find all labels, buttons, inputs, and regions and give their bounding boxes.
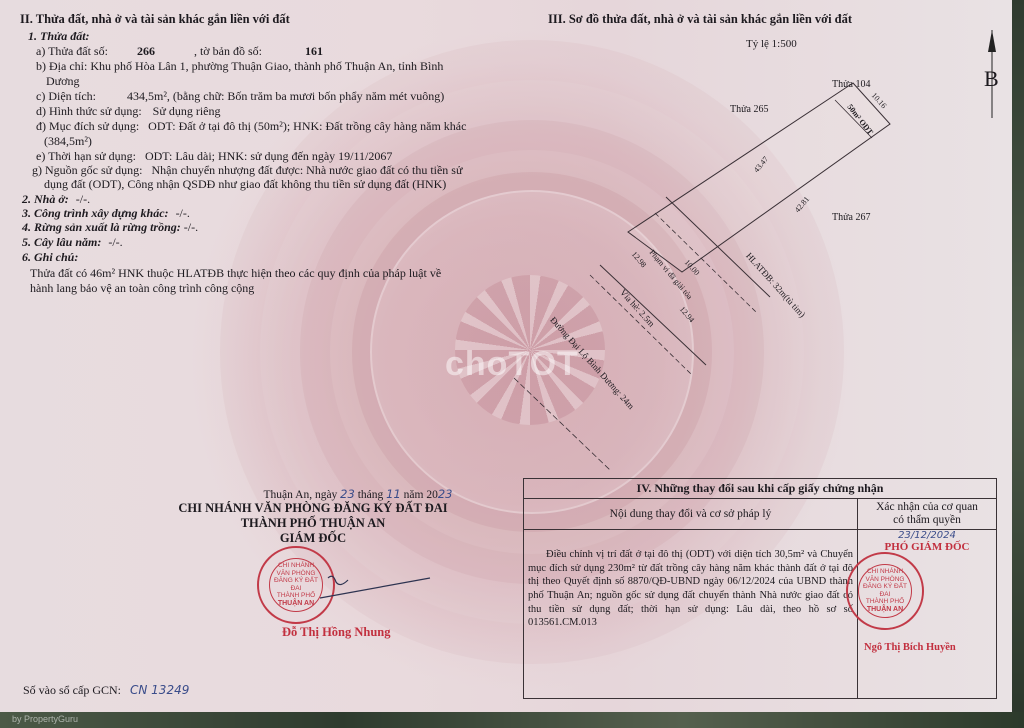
changes-table: IV. Những thay đổi sau khi cấp giấy chứn… — [523, 478, 997, 699]
gcn-label: Số vào sổ cấp GCN: — [23, 683, 121, 697]
confirm-date: 23/12/2024 — [862, 530, 992, 541]
parcel-267-label: Thửa 267 — [832, 212, 870, 223]
col-confirm-header: Xác nhận của cơ quan có thẩm quyền — [858, 499, 997, 530]
stamp-line: CHI NHÁNH — [867, 568, 903, 575]
stamp-line: THUẬN AN — [867, 606, 903, 614]
stamp-line: CHI NHÁNH — [278, 562, 314, 569]
confirm-header-line-1: Xác nhận của cơ quan — [876, 501, 978, 513]
month-label: tháng — [358, 489, 384, 501]
issue-date: Thuận An, ngày 23 tháng 11 năm 2023 — [198, 487, 518, 501]
scan-edge-bottom — [0, 712, 1024, 728]
date-month: 11 — [386, 487, 401, 501]
official-stamp-right: CHI NHÁNH VĂN PHÒNG ĐĂNG KÝ ĐẤT ĐAI THÀN… — [846, 552, 924, 630]
stamp-line: THÀNH PHỐ — [866, 598, 904, 605]
issuer-org-line-2: THÀNH PHỐ THUẬN AN — [168, 516, 458, 531]
section-4-title: IV. Những thay đổi sau khi cấp giấy chứn… — [524, 479, 997, 499]
parcel-104-label: Thửa 104 — [832, 79, 870, 90]
parcel-265-label: Thửa 265 — [730, 104, 768, 115]
signer-left: Đỗ Thị Hồng Nhung — [282, 625, 391, 640]
land-certificate-page: II. Thửa đất, nhà ở và tài sản khác gắn … — [0, 0, 1012, 712]
change-content: Điều chỉnh vị trí đất ở tại đô thị (ODT)… — [524, 530, 858, 699]
north-label: B — [984, 66, 999, 92]
year-label: năm 20 — [404, 489, 438, 501]
gcn-value: CN 13249 — [130, 683, 189, 697]
date-day: 23 — [340, 487, 355, 501]
scan-edge-right — [1012, 0, 1024, 728]
stamp-inner: CHI NHÁNH VĂN PHÒNG ĐĂNG KÝ ĐẤT ĐAI THÀN… — [858, 564, 912, 618]
propertyguru-brand: by PropertyGuru — [12, 714, 78, 724]
confirm-signer: Ngô Thị Bích Huyền — [864, 642, 956, 653]
issuer-org-line-1: CHI NHÁNH VĂN PHÒNG ĐĂNG KÝ ĐẤT ĐAI — [168, 501, 458, 516]
gcn-row: Số vào sổ cấp GCN: CN 13249 — [23, 683, 189, 698]
stamp-line: ĐĂNG KÝ ĐẤT ĐAI — [859, 583, 911, 598]
chotot-watermark: choTOT — [445, 345, 579, 384]
date-year: 23 — [438, 487, 453, 501]
issuer-role: GIÁM ĐỐC — [168, 531, 458, 546]
col-content-header: Nội dung thay đổi và cơ sở pháp lý — [524, 499, 858, 530]
date-prefix: Thuận An, ngày — [264, 489, 338, 501]
confirm-header-line-2: có thẩm quyền — [893, 514, 961, 526]
signature-left-scribble — [290, 570, 440, 610]
